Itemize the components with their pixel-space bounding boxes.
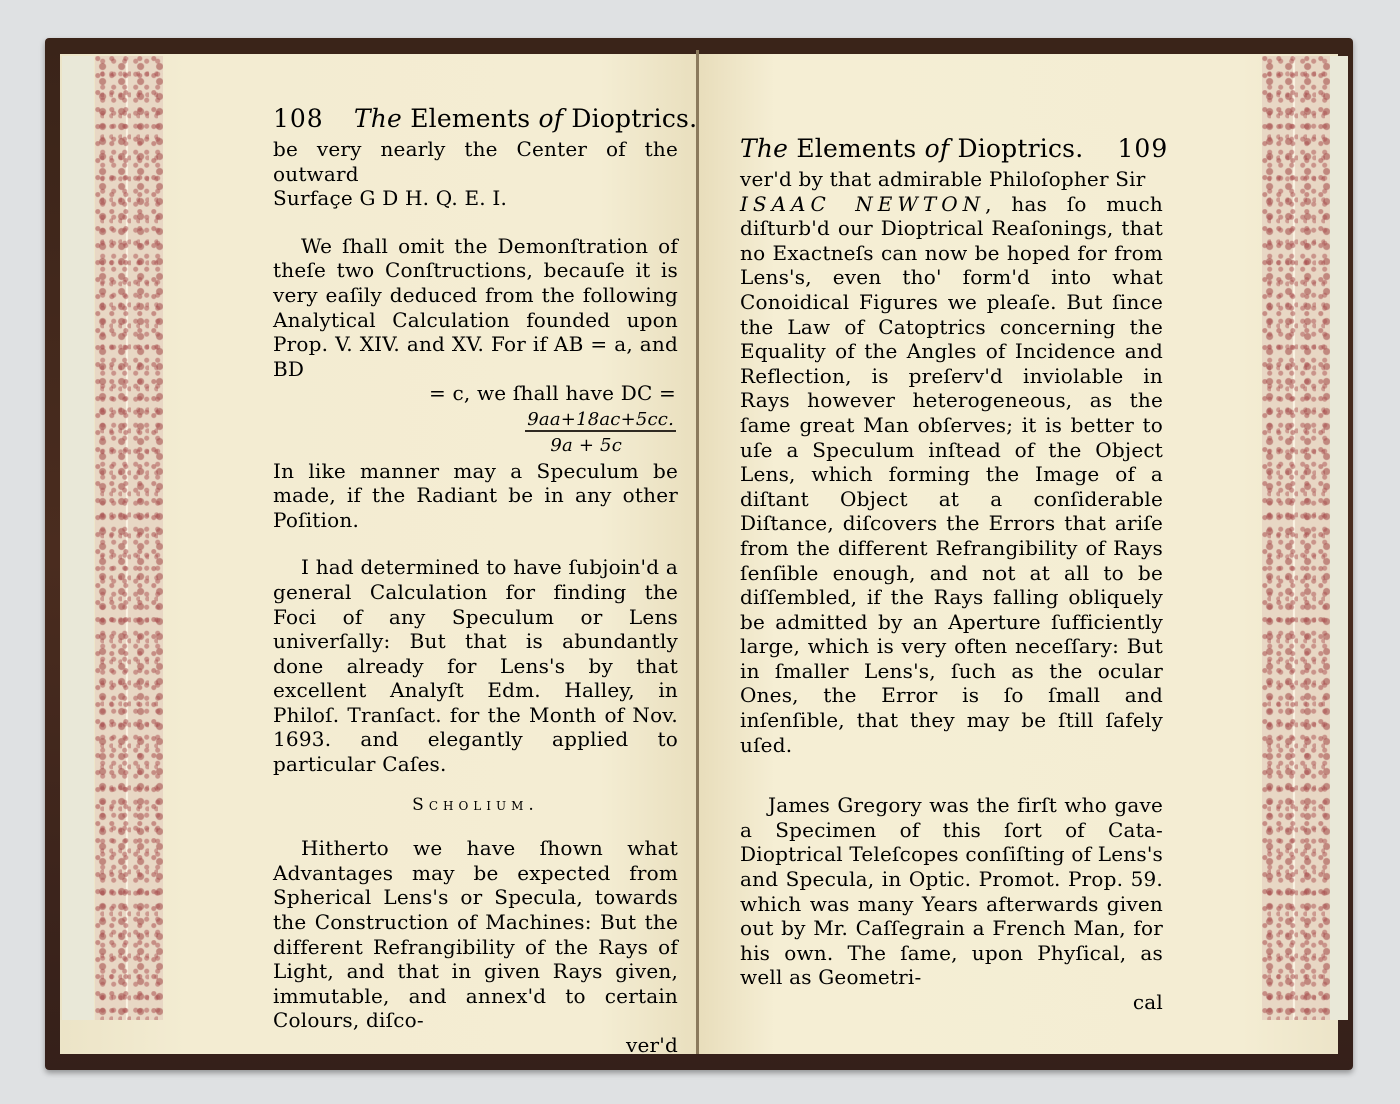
paragraph: We ſhall omit the Demonſtration of theſe… [273, 234, 678, 382]
head-of: of [538, 104, 563, 133]
paragraph: I had determined to have ſubjoin'd a gen… [273, 555, 678, 776]
book-gutter [696, 50, 699, 1054]
paragraph-line: ver'd by that admirable Philoſopher Sir [740, 167, 1163, 192]
page-number: 108 [273, 104, 324, 133]
head-dioptrics: Dioptrics. [571, 104, 697, 133]
formula-denominator: 9a + 5c [273, 433, 678, 459]
right-page-text: The Elements of Dioptrics. 109 ver'd by … [740, 133, 1163, 1015]
paragraph: James Gregory was the firſt who gave a S… [740, 793, 1163, 990]
catchword: ver'd [273, 1033, 678, 1058]
head-elements: Elements [796, 134, 916, 163]
page-number: 109 [1118, 134, 1169, 163]
head-elements: Elements [410, 104, 530, 133]
paragraph: ISAAC NEWTON, has ſo much diſturb'd our … [740, 192, 1163, 758]
right-running-head: The Elements of Dioptrics. 109 [740, 133, 1163, 165]
formula-numerator: 9aa+18ac+5cc. [525, 409, 676, 432]
head-the: The [740, 134, 788, 163]
catchword: cal [740, 990, 1163, 1015]
paragraph-line: be very nearly the Center of the outward [273, 137, 678, 186]
paragraph-line: Surfaçe G D H. Q. E. I. [273, 186, 678, 211]
formula-text: = c, we ſhall have DC = [429, 381, 676, 405]
left-page-text: 108 The Elements of Dioptrics. be very n… [273, 103, 678, 1058]
paragraph: Hitherto we have ſhown what Advantages m… [273, 836, 678, 1033]
left-flyleaf [62, 56, 94, 1020]
head-dioptrics: Dioptrics. [957, 134, 1083, 163]
right-speckled-page-edge [1262, 56, 1330, 1020]
head-the: The [354, 104, 402, 133]
left-speckled-page-edge [95, 56, 163, 1020]
paragraph-text: , has ſo much diſturb'd our Dioptrical R… [740, 192, 1163, 757]
left-running-head: 108 The Elements of Dioptrics. [273, 103, 678, 135]
section-title: Scholium. [273, 793, 678, 818]
head-of: of [925, 134, 950, 163]
newton-name: ISAAC NEWTON [740, 192, 985, 216]
formula: = c, we ſhall have DC = 9aa+18ac+5cc. [273, 381, 678, 432]
paragraph: In like manner may a Speculum be made, i… [273, 459, 678, 533]
